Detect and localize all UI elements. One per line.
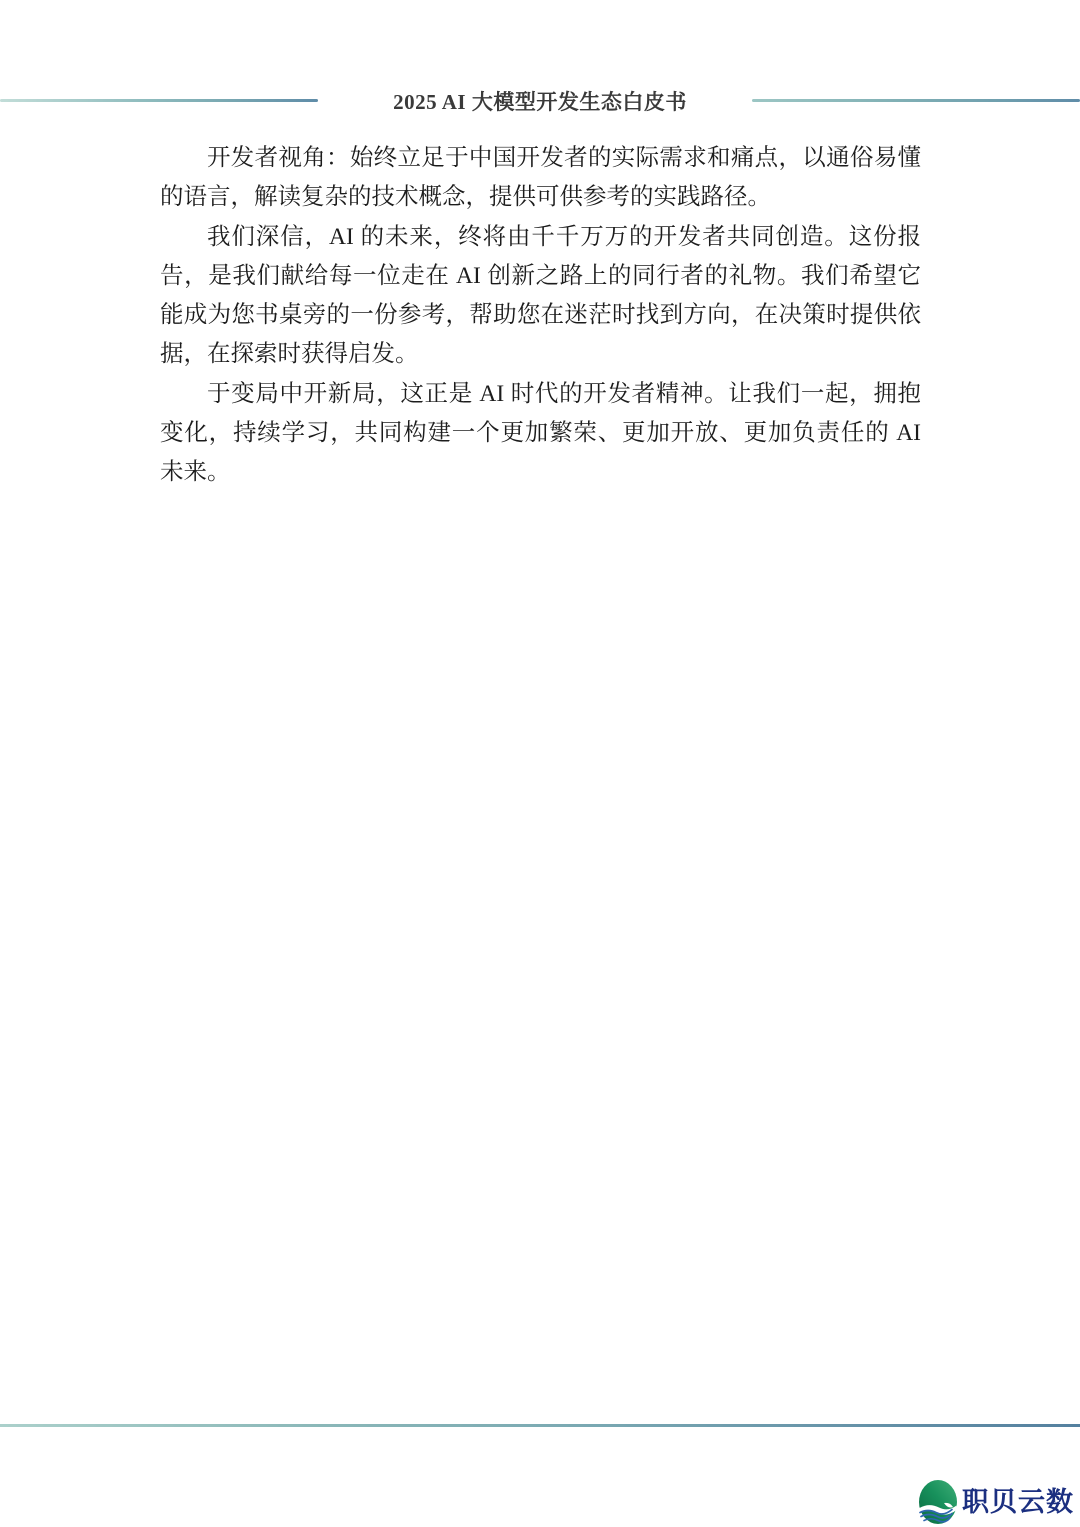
logo-text: 职贝云数 [962, 1489, 1074, 1516]
footer-logo: 职贝云数 [916, 1479, 1074, 1525]
wave-globe-icon [916, 1479, 960, 1525]
paragraph-belief: 我们深信，AI 的未来，终将由千千万万的开发者共同创造。这份报告，是我们献给每一… [160, 218, 921, 375]
header-rule-right [752, 99, 1080, 102]
paragraph-developer-perspective: 开发者视角：始终立足于中国开发者的实际需求和痛点，以通俗易懂的语言，解读复杂的技… [160, 139, 921, 218]
document-body: 开发者视角：始终立足于中国开发者的实际需求和痛点，以通俗易懂的语言，解读复杂的技… [160, 139, 921, 493]
footer-rule [0, 1424, 1080, 1427]
paragraph-closing: 于变局中开新局，这正是 AI 时代的开发者精神。让我们一起，拥抱变化，持续学习，… [160, 375, 921, 493]
document-page: 2025 AI 大模型开发生态白皮书 开发者视角：始终立足于中国开发者的实际需求… [0, 0, 1080, 1527]
